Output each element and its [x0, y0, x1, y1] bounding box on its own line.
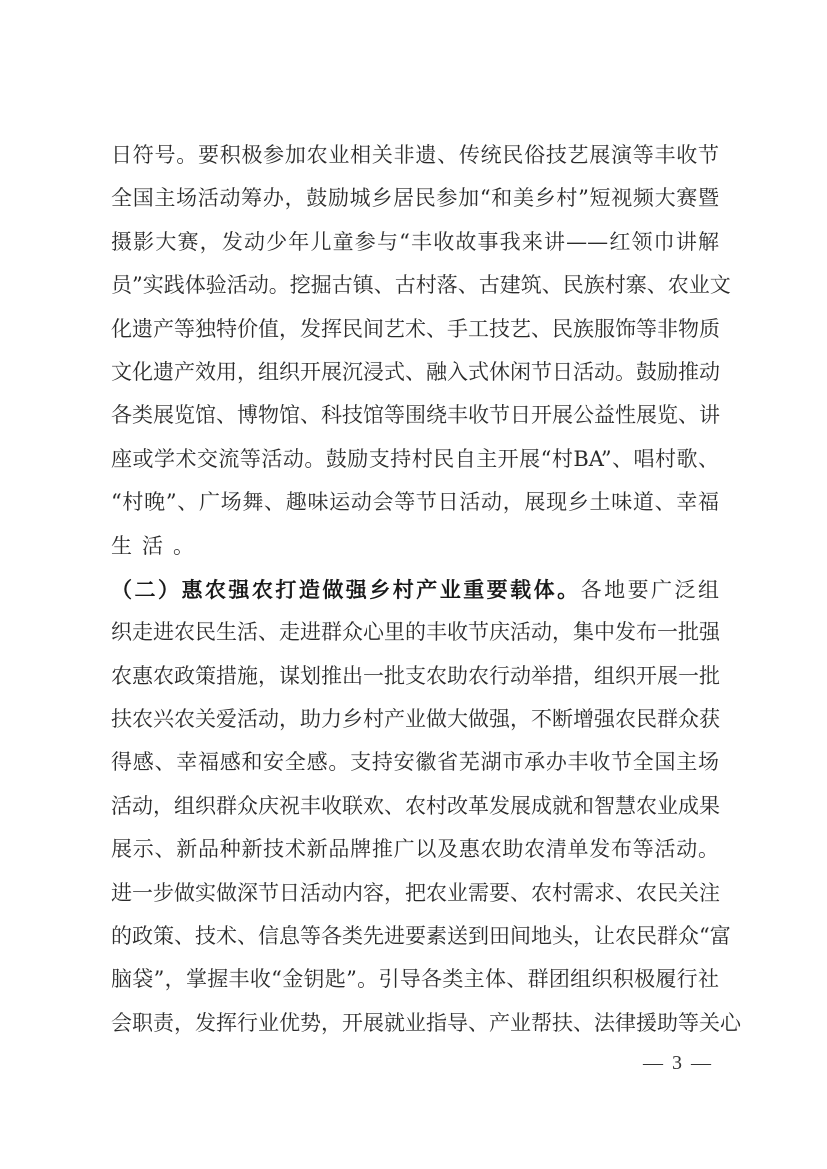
text-line: 员”实践体验活动。挖掘古镇、古村落、古建筑、民族村寨、农业文	[111, 264, 719, 307]
section-text: 各地要广泛组	[581, 578, 719, 602]
section-heading: （二）惠农强农打造做强乡村产业重要载体。	[111, 577, 581, 602]
text-line: 展示、新品种新技术新品牌推广以及惠农助农清单发布等活动。	[111, 828, 719, 871]
text-line: 扶农兴农关爱活动，助力乡村产业做大做强，不断增强农民群众获	[111, 698, 719, 741]
text-line: 生活。	[111, 525, 719, 568]
text-line: 进一步做实做深节日活动内容，把农业需要、农村需求、农民关注	[111, 872, 719, 915]
text-line: 农惠农政策措施，谋划推出一批支农助农行动举措，组织开展一批	[111, 655, 719, 698]
page-number: — 3 —	[643, 1052, 713, 1075]
text-line: 各类展览馆、博物馆、科技馆等围绕丰收节日开展公益性展览、讲	[111, 394, 719, 437]
text-line: 日符号。要积极参加农业相关非遗、传统民俗技艺展演等丰收节	[111, 134, 719, 177]
text-line: 得感、幸福感和安全感。支持安徽省芜湖市承办丰收节全国主场	[111, 741, 719, 784]
document-page: 日符号。要积极参加农业相关非遗、传统民俗技艺展演等丰收节 全国主场活动筹办，鼓励…	[0, 0, 827, 1169]
text-line: 会职责，发挥行业优势，开展就业指导、产业帮扶、法律援助等关心	[111, 1002, 719, 1045]
text-line: 活动，组织群众庆祝丰收联欢、农村改革发展成就和智慧农业成果	[111, 785, 719, 828]
body-text: 日符号。要积极参加农业相关非遗、传统民俗技艺展演等丰收节 全国主场活动筹办，鼓励…	[111, 134, 719, 1045]
text-line: 化遗产等独特价值，发挥民间艺术、手工技艺、民族服饰等非物质	[111, 308, 719, 351]
text-line: 文化遗产效用，组织开展沉浸式、融入式休闲节日活动。鼓励推动	[111, 351, 719, 394]
text-line: 摄影大赛，发动少年儿童参与“丰收故事我来讲——红领巾讲解	[111, 221, 719, 264]
text-line: 座或学术交流等活动。鼓励支持村民自主开展“村BA”、唱村歌、	[111, 438, 719, 481]
text-line: 脑袋”，掌握丰收“金钥匙”。引导各类主体、群团组织积极履行社	[111, 958, 719, 1001]
section-heading-line: （二）惠农强农打造做强乡村产业重要载体。各地要广泛组	[111, 568, 719, 611]
text-line: 全国主场活动筹办，鼓励城乡居民参加“和美乡村”短视频大赛暨	[111, 177, 719, 220]
text-line: 的政策、技术、信息等各类先进要素送到田间地头，让农民群众“富	[111, 915, 719, 958]
text-line: “村晚”、广场舞、趣味运动会等节日活动，展现乡土味道、幸福	[111, 481, 719, 524]
text-line: 织走进农民生活、走进群众心里的丰收节庆活动，集中发布一批强	[111, 611, 719, 654]
